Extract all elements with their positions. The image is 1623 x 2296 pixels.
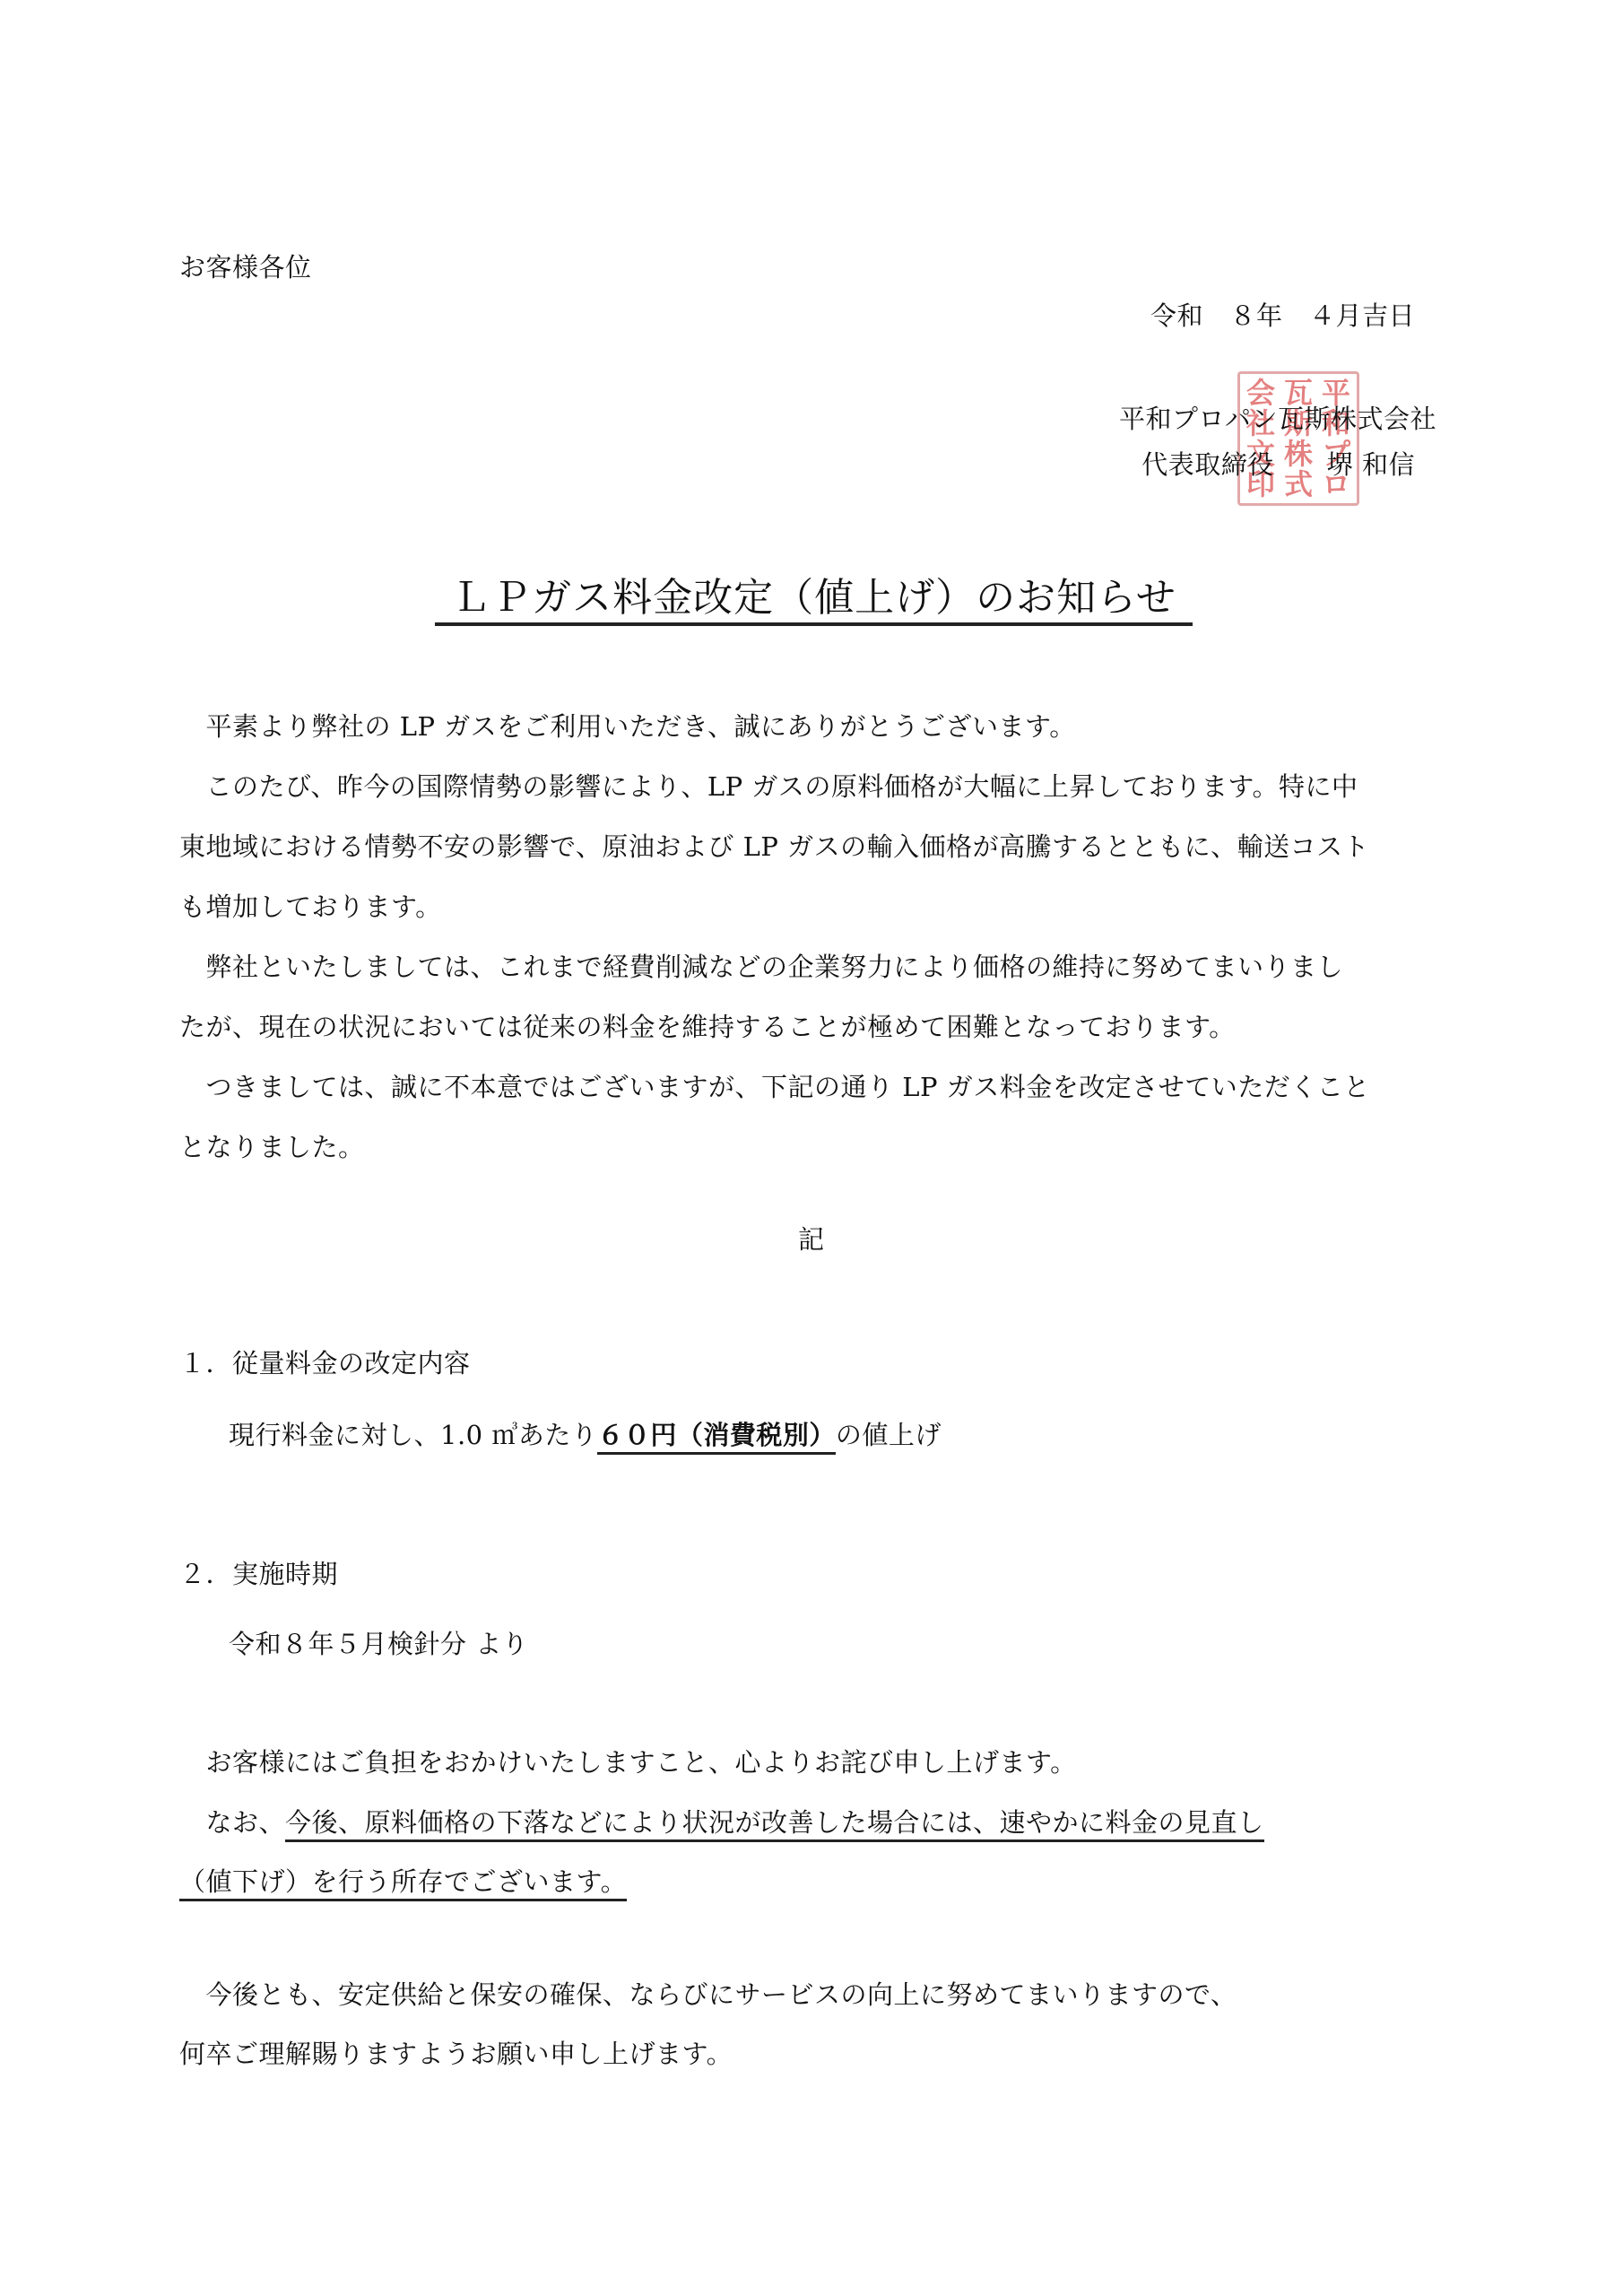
body-line: たが、現在の状況においては従来の料金を維持することが極めて困難となっております。 (179, 1011, 1236, 1043)
representative-name: 代表取締役 堺 和信 (986, 448, 1415, 481)
body-line: 弊社といたしましては、これまで経費削減などの企業努力により価格の維持に努めてまい… (179, 951, 1343, 983)
section-1-heading: １．従量料金の改定内容 (179, 1347, 471, 1379)
section-2-detail: 令和８年５月検針分 より (229, 1628, 528, 1660)
issue-date: 令和 ８年 ４月吉日 (986, 300, 1415, 332)
stamp-column-middle: 瓦 斯 株 式 (1284, 378, 1313, 500)
body-line: 平素より弊社の LP ガスをご利用いただき、誠にありがとうございます。 (179, 710, 1076, 743)
stamp-column-right: 平 和 プ ロ (1322, 378, 1350, 500)
final-line-1: 今後とも、安定供給と保安の確保、ならびにサービスの向上に努めてまいりますので、 (179, 1979, 1237, 2011)
company-name: 平和プロパン瓦斯株式会社 (986, 403, 1436, 435)
addressee: お客様各位 (179, 251, 312, 283)
note-underlined-text: 今後、原料価格の下落などにより状況が改善した場合には、速やかに料金の見直し (285, 1807, 1264, 1842)
company-seal-stamp: 平 和 プ ロ 瓦 斯 株 式 会 社 文 印 (1237, 371, 1359, 506)
ki-marker: 記 (798, 1223, 825, 1256)
price-increase-amount: ６０円（消費税別） (597, 1420, 836, 1455)
effective-period: 令和８年５月検針分 (229, 1629, 467, 1659)
body-line: となりました。 (179, 1131, 365, 1163)
section-1-detail-prefix: 現行料金に対し、1.0 ㎥あたり (229, 1420, 597, 1450)
body-line: も増加しております。 (179, 891, 442, 923)
section-2-heading: ２．実施時期 (179, 1558, 338, 1590)
final-line-2: 何卒ご理解賜りますようお願い申し上げます。 (179, 2038, 733, 2070)
note-underlined-text: （値下げ）を行う所存でございます。 (179, 1866, 627, 1901)
section-2-detail-suffix: より (475, 1629, 528, 1659)
section-1-detail: 現行料金に対し、1.0 ㎥あたり６０円（消費税別）の値上げ (229, 1419, 942, 1451)
note-line-1: なお、今後、原料価格の下落などにより状況が改善した場合には、速やかに料金の見直し (179, 1806, 1264, 1839)
apology-line: お客様にはご負担をおかけいたしますこと、心よりお詫び申し上げます。 (179, 1746, 1077, 1779)
note-prefix: なお、 (179, 1807, 285, 1838)
note-line-2: （値下げ）を行う所存でございます。 (179, 1865, 636, 1898)
stamp-column-left: 会 社 文 印 (1246, 378, 1275, 500)
body-line: つきましては、誠に不本意ではございますが、下記の通り LP ガス料金を改定させて… (179, 1071, 1370, 1103)
section-1-detail-suffix: の値上げ (836, 1420, 942, 1450)
body-line: 東地域における情勢不安の影響で、原油および LP ガスの輸入価格が高騰するととも… (179, 831, 1369, 863)
document-title: ＬＰガス料金改定（値上げ）のお知らせ (435, 574, 1193, 626)
body-line: このたび、昨今の国際情勢の影響により、LP ガスの原料価格が大幅に上昇しておりま… (179, 770, 1358, 803)
